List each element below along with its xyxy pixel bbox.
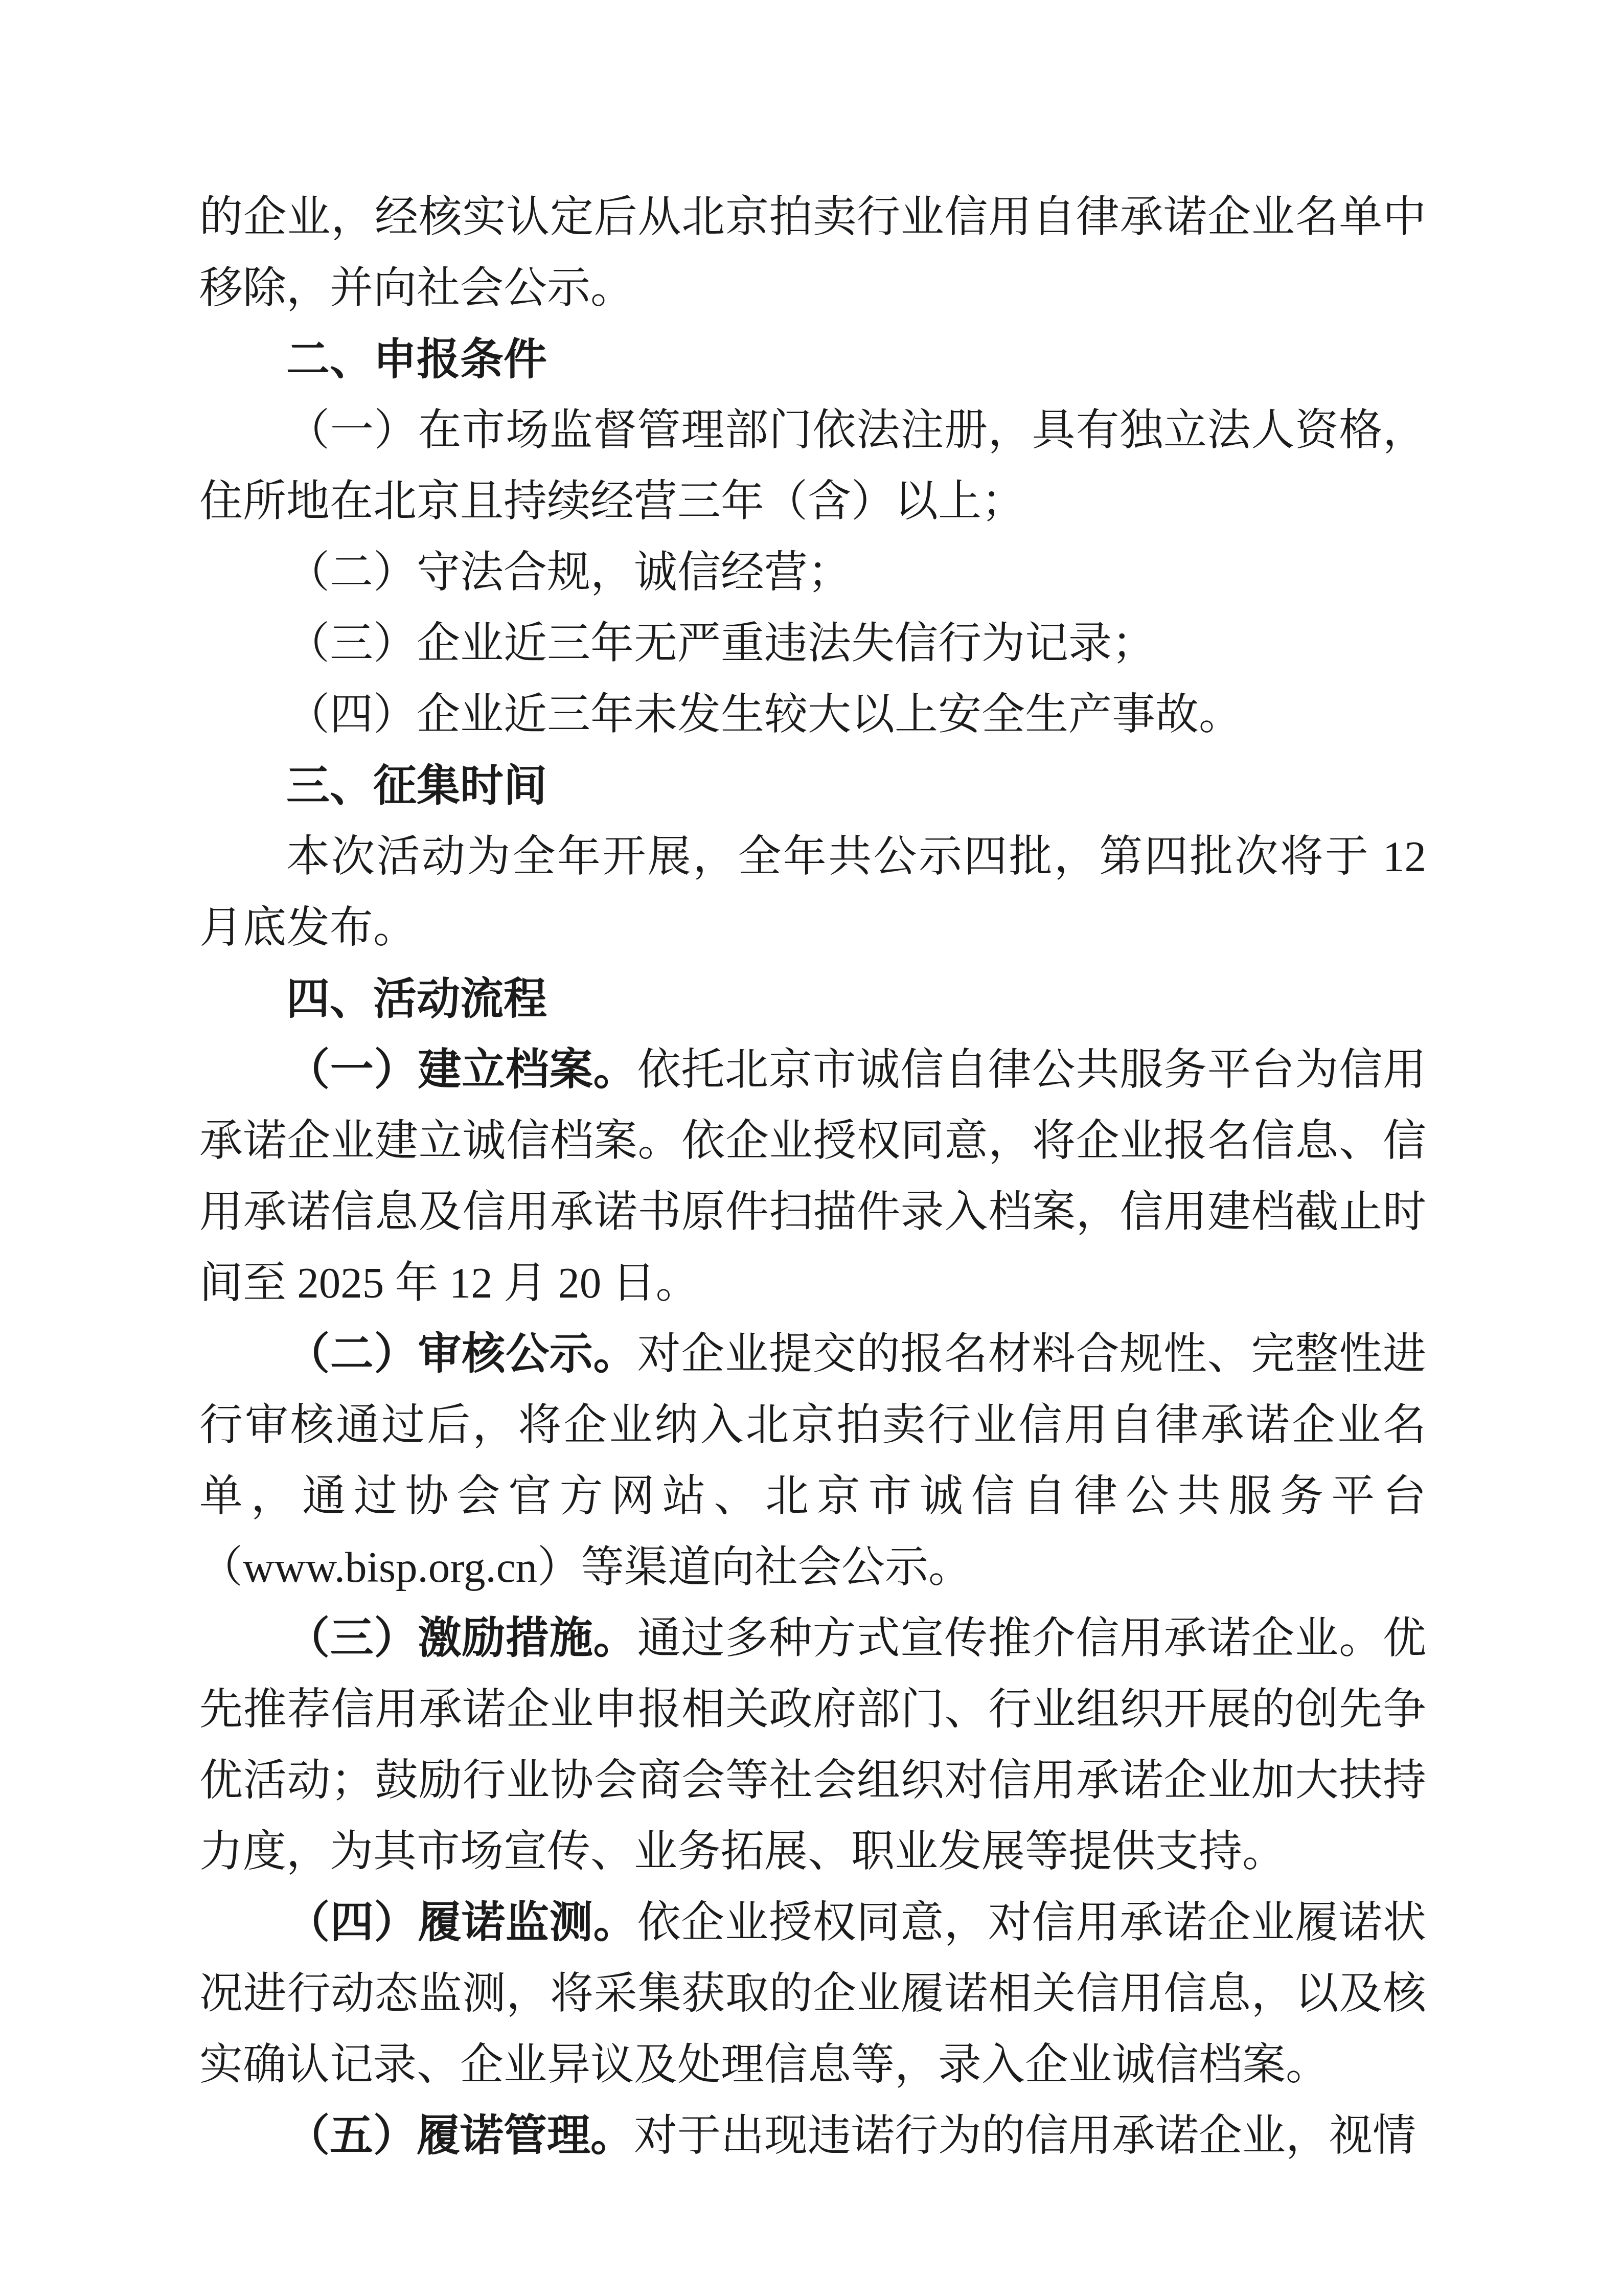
section-heading-application-conditions: 二、申报条件 [199,324,1426,395]
process-item-1: （一）建立档案。依托北京市诚信自律公共服务平台为信用承诺企业建立诚信档案。依企业… [199,1035,1426,1319]
collection-time-paragraph: 本次活动为全年开展，全年共公示四批，第四批次将于 12 月底发布。 [199,822,1426,964]
condition-item-1: （一）在市场监督管理部门依法注册，具有独立法人资格，住所地在北京且持续经营三年（… [199,395,1426,537]
process-item-4-lead: （四）履诺监测。 [286,1899,637,1947]
section-heading-activity-process: 四、活动流程 [199,964,1426,1035]
process-item-3: （三）激励措施。通过多种方式宣传推介信用承诺企业。优先推荐信用承诺企业申报相关政… [199,1603,1426,1888]
document-body: 的企业，经核实认定后从北京拍卖行业信用自律承诺企业名单中移除，并向社会公示。 二… [199,182,1426,2172]
process-item-1-lead: （一）建立档案。 [286,1046,637,1094]
process-item-5-lead: （五）履诺管理。 [286,2112,634,2160]
process-item-5: （五）履诺管理。对于出现违诺行为的信用承诺企业，视情 [199,2101,1426,2172]
section-heading-collection-time: 三、征集时间 [199,751,1426,822]
process-item-5-text: 对于出现违诺行为的信用承诺企业，视情 [634,2112,1416,2160]
process-item-3-lead: （三）激励措施。 [286,1615,637,1663]
condition-item-3: （三）企业近三年无严重违法失信行为记录； [199,608,1426,679]
process-item-4: （四）履诺监测。依企业授权同意，对信用承诺企业履诺状况进行动态监测，将采集获取的… [199,1888,1426,2101]
paragraph-continuation: 的企业，经核实认定后从北京拍卖行业信用自律承诺企业名单中移除，并向社会公示。 [199,182,1426,324]
process-item-2: （二）审核公示。对企业提交的报名材料合规性、完整性进行审核通过后，将企业纳入北京… [199,1319,1426,1603]
condition-item-4: （四）企业近三年未发生较大以上安全生产事故。 [199,679,1426,751]
condition-item-2: （二）守法合规，诚信经营； [199,537,1426,608]
process-item-2-lead: （二）审核公示。 [286,1330,637,1378]
document-page: 的企业，经核实认定后从北京拍卖行业信用自律承诺企业名单中移除，并向社会公示。 二… [0,0,1622,2296]
